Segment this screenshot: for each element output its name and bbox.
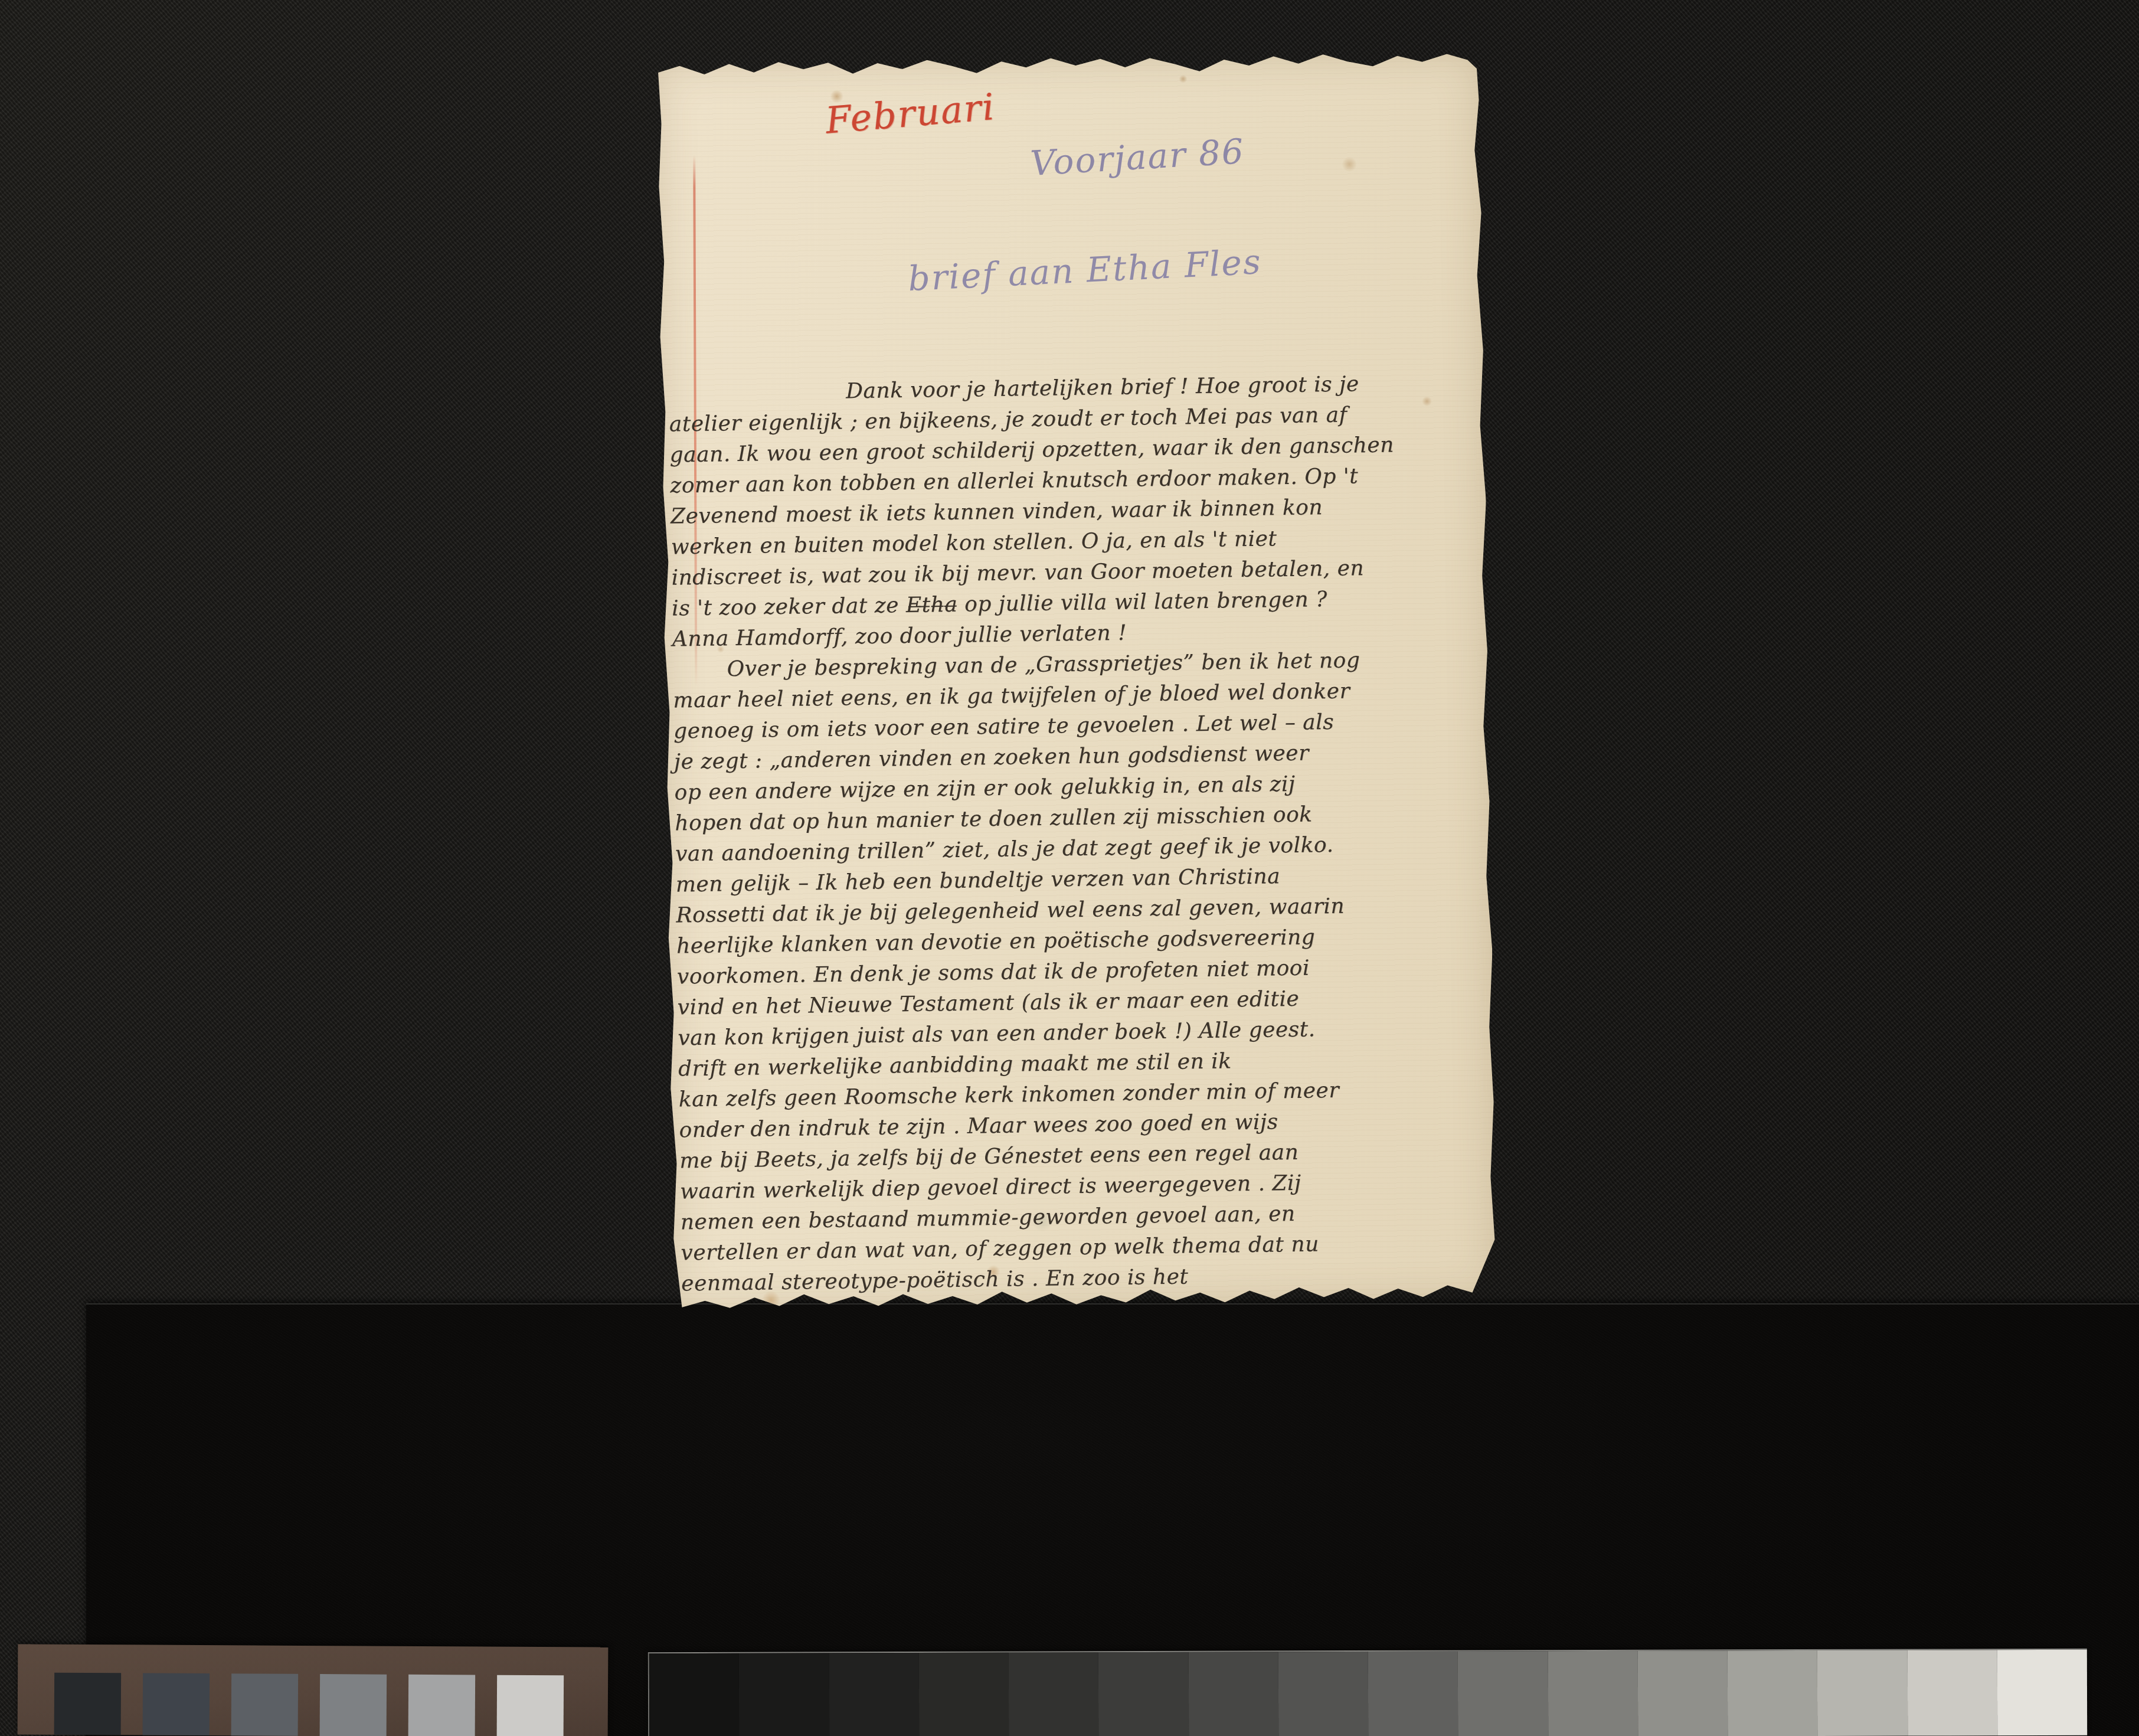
annotation-pencil-date: Voorjaar 86 [1029,131,1246,184]
wedge-step [829,1653,919,1736]
gray-patch [408,1675,476,1736]
wedge-step [1098,1652,1189,1736]
gray-patches [54,1673,564,1736]
photograph-of-letter: Februari Voorjaar 86 brief aan Etha Fles… [0,0,2139,1736]
gray-patch [320,1674,387,1736]
wedge-step [1188,1652,1278,1736]
wedge-step [1458,1651,1548,1736]
letter-body: Dank voor je hartelijken brief ! Hoe gro… [669,368,1477,1300]
wedge-step [649,1653,740,1736]
wedge-step [1728,1650,1818,1736]
wedge-step [919,1653,1009,1736]
gray-patch [231,1673,299,1736]
wedge-step [1907,1650,1997,1735]
gray-patch [143,1673,210,1735]
gray-patch-calibration-card [18,1644,609,1736]
wedge-step [1548,1651,1638,1736]
gray-patch [54,1673,122,1735]
gray-patch [497,1675,564,1736]
wedge-step [739,1653,829,1736]
grayscale-step-wedge [648,1649,2087,1736]
wedge-step [1817,1650,1908,1736]
wedge-step [1278,1652,1369,1736]
wedge-step [1638,1650,1728,1736]
annotation-red-date: Februari [824,85,997,142]
wedge-step [1009,1652,1099,1736]
wedge-step [1997,1650,2088,1735]
annotation-pencil-title: brief aan Etha Fles [907,241,1263,299]
wedge-step [1368,1652,1458,1736]
handwritten-letter-page: Februari Voorjaar 86 brief aan Etha Fles… [655,50,1497,1313]
